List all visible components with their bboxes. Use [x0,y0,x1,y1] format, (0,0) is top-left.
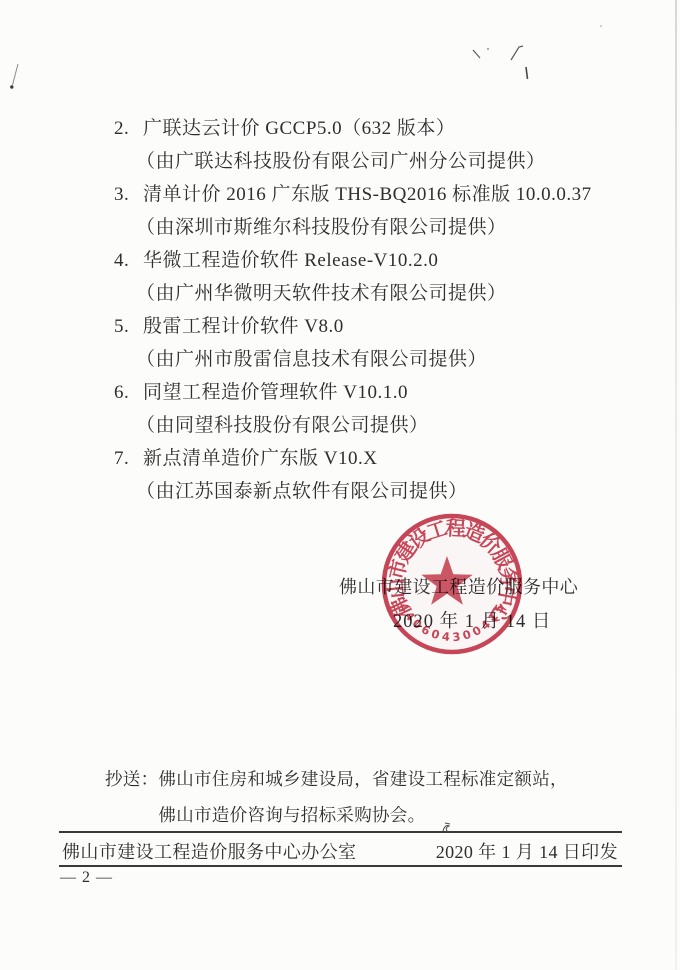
list-item: 3. 清单计价 2016 广东版 THS-BQ2016 标准版 10.0.0.3… [114,178,614,244]
item-title: 殷雷工程计价软件 V8.0 [143,310,344,343]
item-provider: （由广州华微明天软件技术有限公司提供） [114,277,614,310]
scan-mark [600,25,602,27]
item-number: 5. [114,310,143,343]
scan-mark [487,48,489,50]
cc-block: 抄送： 佛山市住房和城乡建设局，省建设工程标准定额站， 佛山市造价咨询与招标采购… [105,761,568,833]
list-item: 2. 广联达云计价 GCCP5.0（632 版本） （由广联达科技股份有限公司广… [114,112,614,178]
print-date: 2020 年 1 月 14 日印发 [436,838,618,864]
page-number: — 2 — [60,869,113,887]
item-provider: （由深圳市斯维尔科技股份有限公司提供） [114,211,614,244]
list-item: 6. 同望工程造价管理软件 V10.1.0 （由同望科技股份有限公司提供） [114,376,614,442]
item-number: 3. [114,178,143,211]
list-item: 7. 新点清单造价广东版 V10.X （由江苏国泰新点软件有限公司提供） [114,442,614,508]
scan-mark [526,67,528,79]
item-title: 新点清单造价广东版 V10.X [143,442,377,475]
issuer-office: 佛山市建设工程造价服务中心办公室 [62,838,356,864]
footer-divider-top [59,831,622,833]
scan-edge-artifact [675,0,677,970]
footer-divider-bottom [59,865,622,867]
item-number: 6. [114,376,143,409]
item-number: 7. [114,442,143,475]
item-title: 同望工程造价管理软件 V10.1.0 [143,376,408,409]
list-item: 4. 华微工程造价软件 Release-V10.2.0 （由广州华微明天软件技术… [114,244,614,310]
item-title: 清单计价 2016 广东版 THS-BQ2016 标准版 10.0.0.37 [143,178,592,211]
item-provider: （由广州市殷雷信息技术有限公司提供） [114,343,614,376]
item-title: 华微工程造价软件 Release-V10.2.0 [143,244,438,277]
issue-row: 佛山市建设工程造价服务中心办公室 2020 年 1 月 14 日印发 [62,838,618,864]
scan-mark [511,46,523,60]
item-provider: （由广联达科技股份有限公司广州分公司提供） [114,145,614,178]
cc-label: 抄送： [105,761,158,833]
scan-mark [13,64,19,85]
item-number: 2. [114,112,143,145]
item-title: 广联达云计价 GCCP5.0（632 版本） [143,112,455,145]
scanned-document-page: 2. 广联达云计价 GCCP5.0（632 版本） （由广联达科技股份有限公司广… [0,0,680,970]
item-number: 4. [114,244,143,277]
item-provider: （由江苏国泰新点软件有限公司提供） [114,475,614,508]
item-provider: （由同望科技股份有限公司提供） [114,409,614,442]
cc-line: 佛山市住房和城乡建设局，省建设工程标准定额站， [158,761,567,797]
cc-line: 佛山市造价咨询与招标采购协会。 [158,797,567,833]
scan-mark [10,85,13,88]
software-list: 2. 广联达云计价 GCCP5.0（632 版本） （由广联达科技股份有限公司广… [114,112,614,508]
official-seal: 佛山市建设工程造价服务中心 4406043004159 [381,512,523,656]
list-item: 5. 殷雷工程计价软件 V8.0 （由广州市殷雷信息技术有限公司提供） [114,310,614,376]
scan-mark [473,50,480,58]
